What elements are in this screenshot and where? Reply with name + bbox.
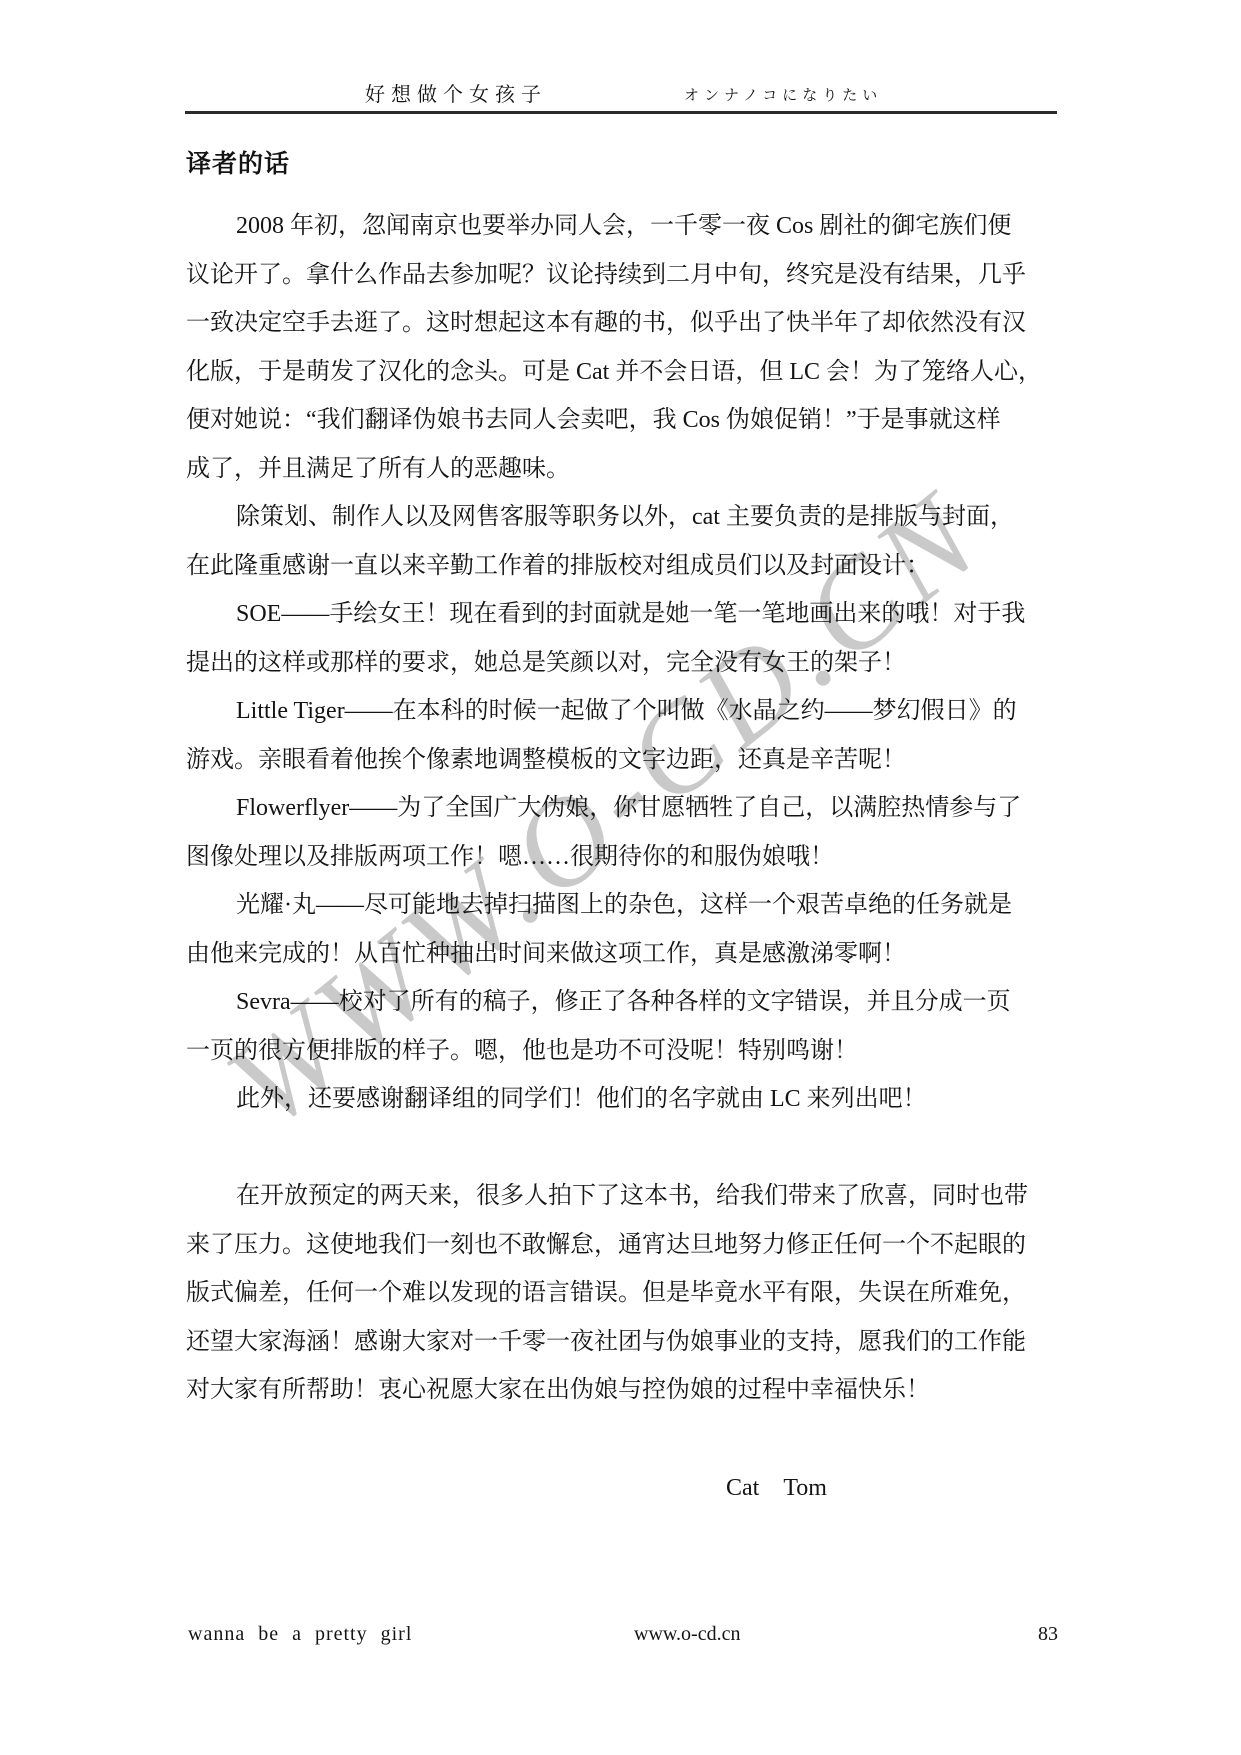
- body-text: 2008 年初，忽闻南京也要举办同人会，一千零一夜 Cos 剧社的御宅族们便议论…: [186, 202, 1066, 1415]
- body-line: 除策划、制作人以及网售客服等职务以外，cat 主要负责的是排版与封面，: [186, 493, 1066, 542]
- section-heading: 译者的话: [186, 144, 290, 180]
- body-line: 光耀·丸——尽可能地去掉扫描图上的杂色，这样一个艰苦卓绝的任务就是: [186, 881, 1066, 930]
- header-rule: [185, 111, 1057, 114]
- body-line: 对大家有所帮助！衷心祝愿大家在出伪娘与控伪娘的过程中幸福快乐！: [186, 1366, 1066, 1415]
- document-page: WWW.O-CD.CN 好想做个女孩子 オンナノコになりたい 译者的话 2008…: [0, 0, 1241, 1755]
- page-content: 好想做个女孩子 オンナノコになりたい 译者的话 2008 年初，忽闻南京也要举办…: [0, 0, 1241, 1755]
- body-line: 在此隆重感谢一直以来辛勤工作着的排版校对组成员们以及封面设计：: [186, 542, 1066, 591]
- footer-page-number: 83: [1038, 1623, 1058, 1646]
- body-line: 化版，于是萌发了汉化的念头。可是 Cat 并不会日语，但 LC 会！为了笼络人心…: [186, 348, 1066, 397]
- body-line: Flowerflyer——为了全国广大伪娘，你甘愿牺牲了自己，以满腔热情参与了: [186, 784, 1066, 833]
- body-line: 此外，还要感谢翻译组的同学们！他们的名字就由 LC 来列出吧！: [186, 1075, 1066, 1124]
- body-line: 在开放预定的两天来，很多人拍下了这本书，给我们带来了欣喜，同时也带: [186, 1172, 1066, 1221]
- body-line: 议论开了。拿什么作品去参加呢？议论持续到二月中旬，终究是没有结果，几乎: [186, 251, 1066, 300]
- body-line: 由他来完成的！从百忙种抽出时间来做这项工作，真是感激涕零啊！: [186, 930, 1066, 979]
- body-line: Little Tiger——在本科的时候一起做了个叫做《水晶之约——梦幻假日》的: [186, 687, 1066, 736]
- body-line: 2008 年初，忽闻南京也要举办同人会，一千零一夜 Cos 剧社的御宅族们便: [186, 202, 1066, 251]
- footer-url: www.o-cd.cn: [634, 1623, 740, 1646]
- body-line: 图像处理以及排版两项工作！嗯……很期待你的和服伪娘哦！: [186, 833, 1066, 882]
- blank-line: [186, 1124, 1066, 1173]
- body-line: SOE——手绘女王！现在看到的封面就是她一笔一笔地画出来的哦！对于我: [186, 590, 1066, 639]
- body-line: 游戏。亲眼看着他挨个像素地调整模板的文字边距，还真是辛苦呢！: [186, 736, 1066, 785]
- body-line: 来了压力。这使地我们一刻也不敢懈怠，通宵达旦地努力修正任何一个不起眼的: [186, 1221, 1066, 1270]
- body-line: 还望大家海涵！感谢大家对一千零一夜社团与伪娘事业的支持，愿我们的工作能: [186, 1318, 1066, 1367]
- body-line: 成了，并且满足了所有人的恶趣味。: [186, 445, 1066, 494]
- body-line: 一页的很方便排版的样子。嗯，他也是功不可没呢！特别鸣谢！: [186, 1027, 1066, 1076]
- signature: Cat Tom: [726, 1464, 827, 1513]
- body-line: 提出的这样或那样的要求，她总是笑颜以对，完全没有女王的架子！: [186, 639, 1066, 688]
- body-line: 版式偏差，任何一个难以发现的语言错误。但是毕竟水平有限，失误在所难免，: [186, 1269, 1066, 1318]
- footer-slogan: wanna be a pretty girl: [188, 1623, 412, 1646]
- header-title-chinese: 好想做个女孩子: [365, 78, 547, 107]
- body-line: 一致决定空手去逛了。这时想起这本有趣的书，似乎出了快半年了却依然没有汉: [186, 299, 1066, 348]
- body-line: Sevra——校对了所有的稿子，修正了各种各样的文字错误，并且分成一页: [186, 978, 1066, 1027]
- header-title-japanese: オンナノコになりたい: [684, 84, 882, 105]
- body-line: 便对她说：“我们翻译伪娘书去同人会卖吧，我 Cos 伪娘促销！”于是事就这样: [186, 396, 1066, 445]
